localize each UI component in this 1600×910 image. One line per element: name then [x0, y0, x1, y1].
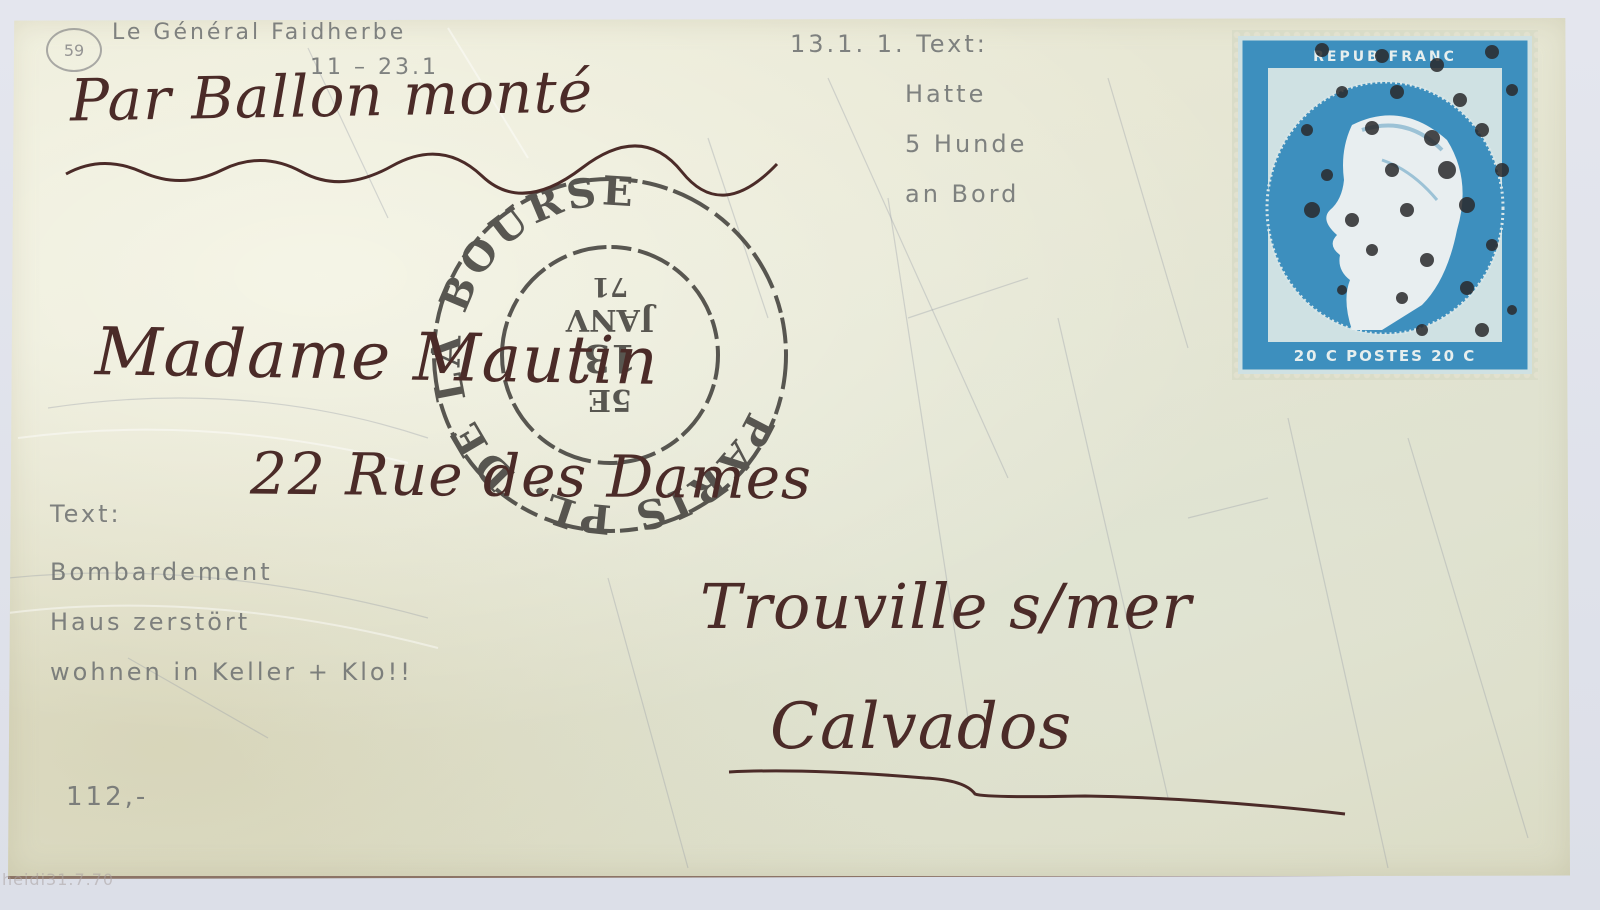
pencil-note-date-text: 13.1. 1. Text:: [790, 30, 988, 58]
stamp-bottom-text: 20 C POSTES 20 C: [1294, 347, 1476, 365]
pencil-note-line: Hatte: [905, 80, 986, 108]
address-street: 22 Rue des Dames: [250, 440, 812, 513]
pencil-note-line: wohnen in Keller + Klo!!: [50, 658, 413, 686]
pencil-note-text-label: Text:: [50, 500, 122, 528]
pencil-note-line: Bombardement: [50, 558, 273, 586]
pencil-price: 112,-: [66, 782, 148, 812]
region-underline-flourish: [725, 764, 1365, 824]
postmark-year: 71: [592, 271, 628, 301]
header-underline-flourish: [62, 150, 782, 190]
header-par-ballon-monte: Par Ballon monté: [69, 57, 593, 134]
address-city: Trouville s/mer: [700, 570, 1192, 643]
addressee-name: Madame Mautin: [94, 313, 659, 400]
postage-stamp-ceres-20c: REPUB FRANC 20 C POSTES 20 C: [1232, 30, 1538, 380]
seller-watermark: heidi31.7.70: [2, 870, 114, 889]
pencil-note-line: 5 Hunde: [905, 130, 1027, 158]
pencil-note-line: an Bord: [905, 180, 1019, 208]
pencil-note-line: Haus zerstört: [50, 608, 250, 636]
pencil-note-balloon-name: Le Général Faidherbe: [112, 20, 406, 45]
address-region: Calvados: [770, 690, 1072, 764]
